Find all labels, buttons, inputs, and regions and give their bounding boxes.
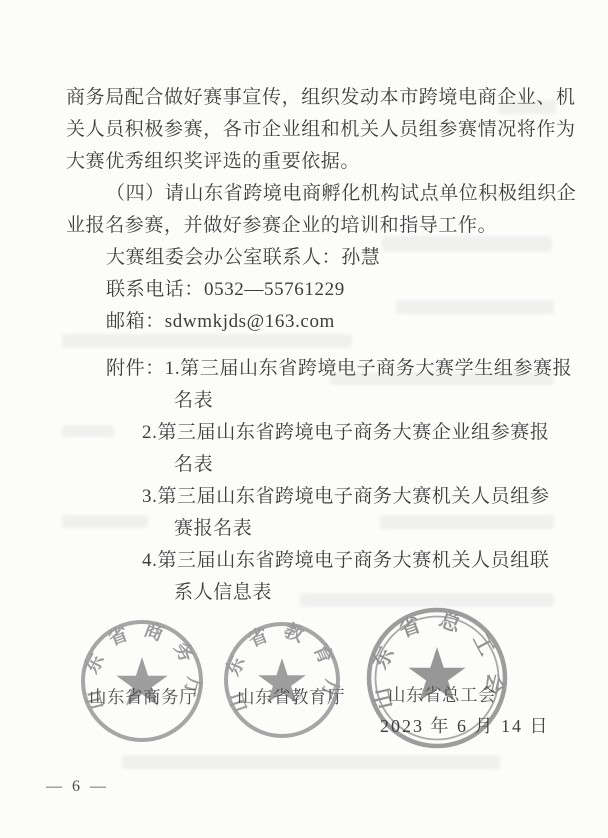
attachment-line: 名表 bbox=[174, 449, 213, 476]
agency-name-label: 山东省商务厅 bbox=[89, 684, 197, 709]
page-number: — 6 — bbox=[46, 778, 109, 796]
attachment-line: 2.第三届山东省跨境电子商务大赛企业组参赛报 bbox=[142, 417, 549, 444]
bleed-through-smudge bbox=[300, 593, 554, 607]
attachment-line: 赛报名表 bbox=[174, 513, 252, 540]
contact-phone-line: 联系电话：0532—55761229 bbox=[106, 274, 345, 301]
contact-email-line: 邮箱：sdwmkjds@163.com bbox=[106, 306, 335, 333]
bleed-through-smudge bbox=[62, 515, 148, 528]
attachment-line: 3.第三届山东省跨境电子商务大赛机关人员组参 bbox=[142, 481, 549, 508]
attachment-line: 4.第三届山东省跨境电子商务大赛机关人员组联 bbox=[142, 545, 549, 572]
bleed-through-smudge bbox=[382, 236, 552, 252]
agency-name-label: 山东省总工会 bbox=[388, 682, 496, 707]
seal-commerce-department: 山东省商务厅 bbox=[78, 617, 206, 745]
bleed-through-smudge bbox=[498, 100, 556, 114]
bleed-through-smudge bbox=[122, 755, 500, 769]
bleed-through-smudge bbox=[380, 515, 554, 529]
body-line: 关人员积极参赛，各市企业组和机关人员组参赛情况将作为 bbox=[66, 114, 576, 141]
body-line: （四）请山东省跨境电商孵化机构试点单位积极组织企 bbox=[106, 178, 576, 205]
body-line: 大赛优秀组织奖评选的重要依据。 bbox=[66, 146, 360, 173]
bleed-through-smudge bbox=[62, 425, 114, 437]
body-line: 业报名参赛，并做好参赛企业的培训和指导工作。 bbox=[66, 210, 497, 237]
attachment-line: 名表 bbox=[174, 385, 213, 412]
agency-name-label: 山东省教育厅 bbox=[237, 684, 345, 709]
bleed-through-smudge bbox=[62, 334, 352, 348]
bleed-through-smudge bbox=[396, 300, 554, 314]
attachment-line: 系人信息表 bbox=[174, 577, 272, 604]
document-page: 商务局配合做好赛事宣传，组织发动本市跨境电商企业、机 关人员积极参赛，各市企业组… bbox=[0, 0, 608, 838]
seal-education-department: 山东省教育厅 bbox=[221, 619, 343, 741]
bleed-through-smudge bbox=[330, 372, 554, 385]
date-text: 2023 年 6 月 14 日 bbox=[380, 712, 550, 738]
contact-person-line: 大赛组委会办公室联系人：孙慧 bbox=[106, 242, 380, 269]
